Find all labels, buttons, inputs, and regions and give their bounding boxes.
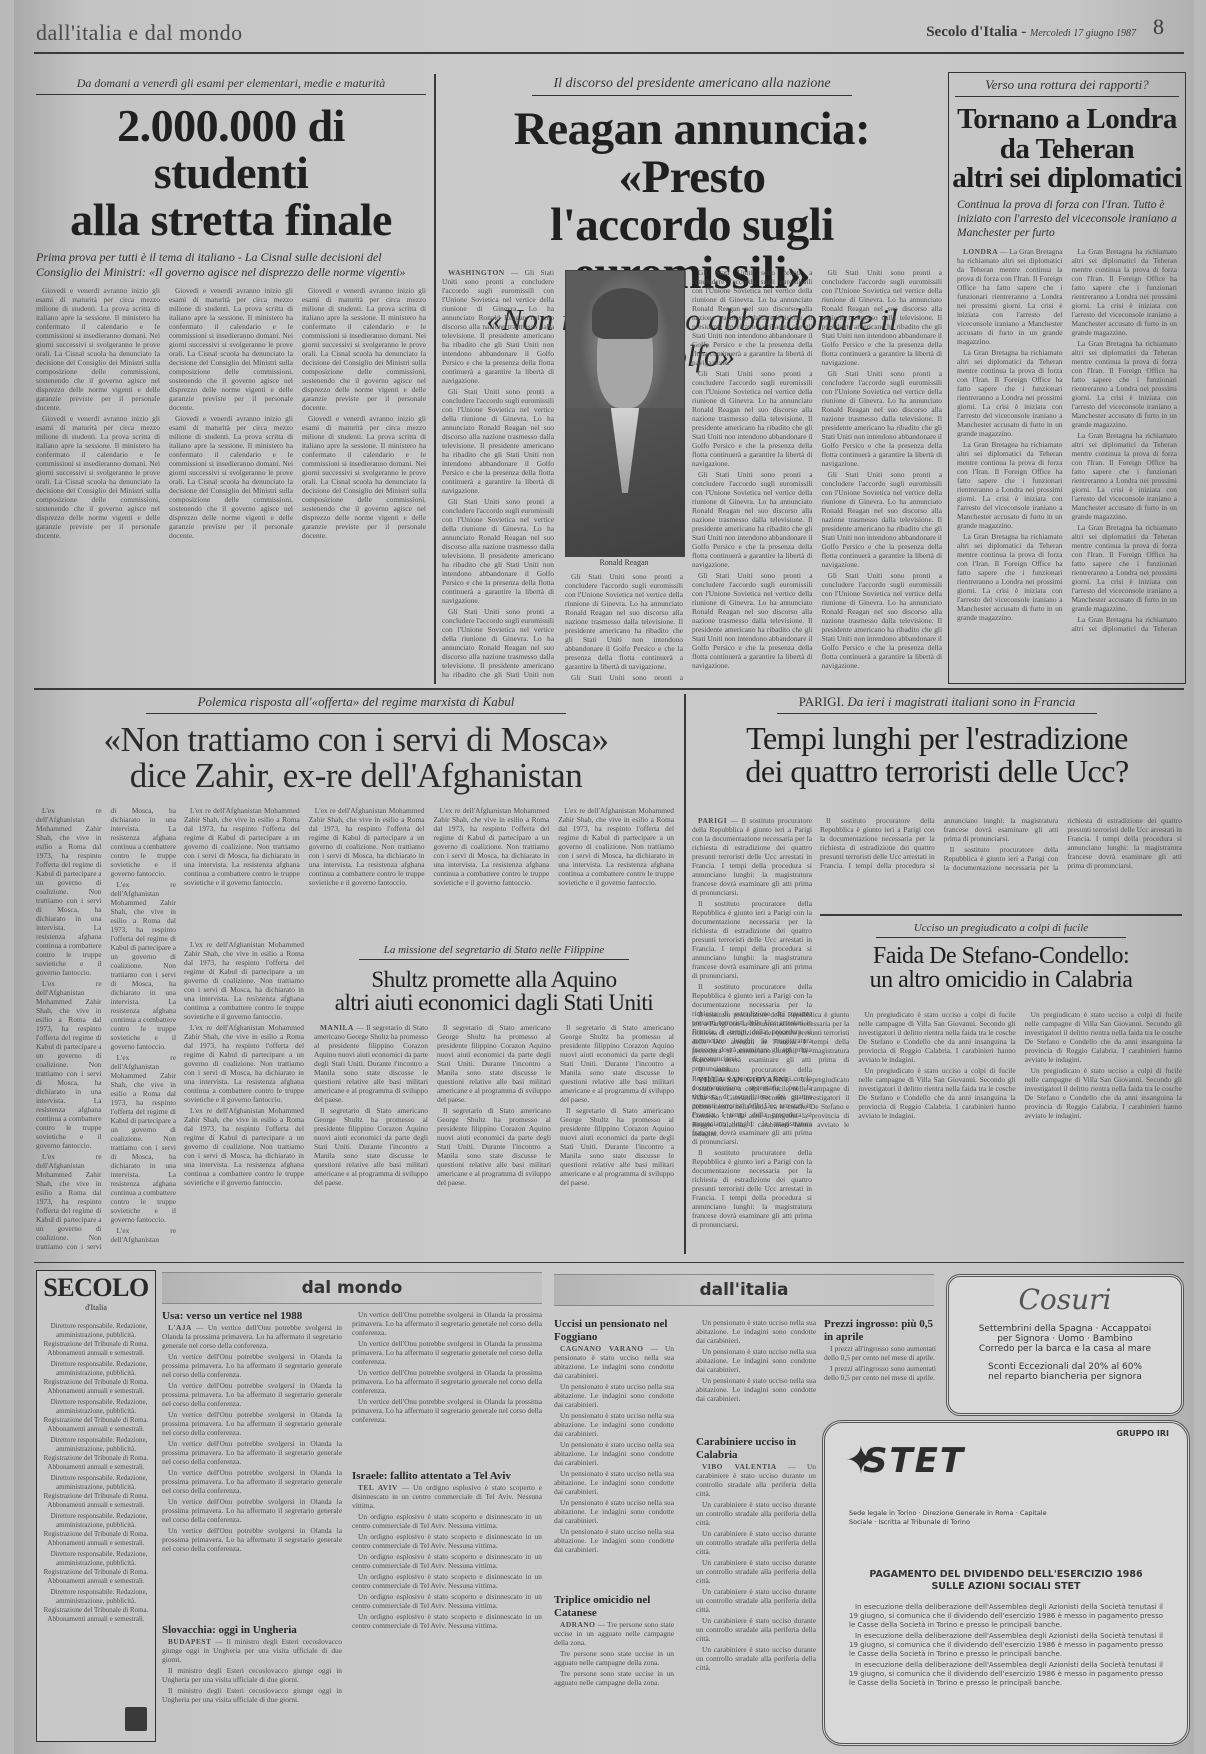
masthead: Secolo d'Italia - Mercoledì 17 giugno 19…	[926, 24, 1136, 41]
kicker: Polemica risposta all'«offerta» del regi…	[146, 694, 566, 714]
brief-item[interactable]: Triplice omicidio nel Catanese ADRANO — …	[554, 1594, 674, 1720]
article-zahir[interactable]: Polemica risposta all'«offerta» del regi…	[36, 694, 676, 793]
kicker: PARIGI. Da ieri i magistrati italiani so…	[777, 694, 1097, 714]
reagan-body-col1: WASHINGTON — Gli Stati Uniti sono pronti…	[442, 268, 554, 680]
brief-item[interactable]: Slovacchia: oggi in Ungheria BUDAPEST — …	[162, 1624, 342, 1727]
brief-item[interactable]: Uccisi un pensionato nel Foggiano CAGNAN…	[554, 1318, 674, 1634]
secolo-info-box: SECOLO d'Italia Direttore responsabile. …	[36, 1270, 156, 1742]
reagan-photo	[565, 270, 685, 557]
section-dall-italia: dall'italia	[554, 1274, 934, 1306]
headline-line2: dice Zahir, ex-re dell'Afghanistan	[36, 758, 676, 794]
brief-item[interactable]: Carabiniere ucciso in Calabria VIBO VALE…	[696, 1436, 816, 1712]
kicker: Da domani a venerdì gli esami per elemen…	[36, 76, 426, 95]
brief-title: Uccisi un pensionato nel Foggiano	[554, 1318, 674, 1344]
brief-body: CAGNANO VARANO — Un pensionato è stato u…	[554, 1344, 674, 1634]
ad-stet[interactable]: GRUPPO IRI ✦ STET Sede legale in Torino …	[822, 1420, 1190, 1746]
deck: Prima prova per tutti è il tema di itali…	[36, 250, 426, 280]
brief-continuation: Un vertice dell'Onu potrebbe svolgersi i…	[352, 1310, 542, 1462]
article-londra[interactable]: Verso una rottura dei rapporti? Tornano …	[948, 72, 1186, 684]
section-rule	[34, 1262, 1184, 1263]
article-body: MANILA — Il segretario di Stato american…	[314, 1023, 674, 1231]
brief-body: ADRANO — Tre persone sono state uccise i…	[554, 1620, 674, 1720]
brief-title: Usa: verso un vertice nel 1988	[162, 1310, 342, 1323]
headline-line1: Faida De Stefano-Condello:	[820, 944, 1182, 968]
ad-body: In esecuzione della deliberazione dell'A…	[849, 1603, 1163, 1723]
zahir-body-top: L'ex re dell'Afghanistan Mohammed Zahir …	[184, 806, 674, 934]
issue-date: Mercoledì 17 giugno 1987	[1030, 28, 1136, 39]
article-studenti[interactable]: Da domani a venerdì gli esami per elemen…	[36, 76, 426, 686]
section-rule	[820, 914, 1182, 916]
brief-item[interactable]: Israele: fallito attentato a Tel Aviv TE…	[352, 1470, 542, 1723]
group-label: GRUPPO IRI	[1116, 1429, 1169, 1438]
brief-body: L'AJA — Un vertice dell'Onu potrebbe svo…	[162, 1323, 342, 1623]
dateline: VILLA SAN GIOVANNI	[698, 1075, 788, 1084]
dateline: LONDRA	[963, 247, 998, 256]
estradizione-body-cols: Il sostituto procuratore della Repubblic…	[820, 816, 1182, 906]
headline-line1: Reagan annuncia: «Presto	[442, 106, 942, 202]
brief-item[interactable]: Prezzi ingrosso: più 0,5 in aprile I pre…	[824, 1318, 936, 1404]
article-estradizione[interactable]: PARIGI. Da ieri i magistrati italiani so…	[692, 694, 1182, 787]
brief-body: VIBO VALENTIA — Un carabiniere è stato u…	[696, 1462, 816, 1712]
photo-caption: Ronald Reagan	[565, 558, 683, 567]
column-divider	[434, 74, 436, 684]
deck: Continua la prova di forza con l'Iran. T…	[957, 198, 1177, 241]
section-rule	[34, 688, 1184, 690]
brief-body: BUDAPEST — Il ministro degli Esteri ceco…	[162, 1637, 342, 1727]
ad-brand-logo: Cosuri	[949, 1283, 1181, 1316]
running-head: dall'italia e dal mondo	[36, 20, 243, 46]
zahir-body-col2: L'ex re dell'Afghanistan Mohammed Zahir …	[184, 940, 304, 1250]
headline-line1: 2.000.000 di studenti	[36, 103, 426, 197]
reagan-body-col2: Gli Stati Uniti sono pronti a concludere…	[565, 572, 683, 680]
headline-line3: altri sei diplomatici	[949, 164, 1185, 194]
brief-title: Prezzi ingrosso: più 0,5 in aprile	[824, 1318, 936, 1344]
brief-continuation: Un pensionato è stato ucciso nella sua a…	[696, 1318, 816, 1428]
article-shultz[interactable]: La missione del segretario di Stato nell…	[314, 944, 674, 1231]
newspaper-name: Secolo d'Italia	[926, 24, 1017, 40]
headline-line1: Shultz promette alla Aquino	[314, 968, 674, 991]
secolo-sub: d'Italia	[37, 1303, 155, 1312]
headline-line1: Tornano a Londra	[949, 105, 1185, 135]
headline-line2: altri aiuti economici dagli Stati Uniti	[314, 991, 674, 1014]
kicker: La missione del segretario di Stato nell…	[359, 944, 629, 960]
ad-title-line1: PAGAMENTO DEL DIVIDENDO DELL'ESERCIZIO 1…	[825, 1569, 1187, 1580]
dateline: PARIGI	[698, 816, 727, 825]
zahir-body-left: L'ex re dell'Afghanistan Mohammed Zahir …	[36, 806, 176, 1251]
article-faida[interactable]: Ucciso un pregiudicato a colpi di fucile…	[820, 922, 1182, 993]
secolo-logo: SECOLO	[37, 1273, 155, 1303]
headline-line2: alla stretta finale	[36, 197, 426, 244]
company-info: Sede legale in Torino · Direzione Genera…	[849, 1509, 1049, 1527]
stet-logo: STET	[863, 1441, 965, 1481]
article-body: Giovedì e venerdì avranno inizio gli esa…	[36, 286, 426, 686]
faida-body: Il sostituto procuratore della Repubblic…	[692, 1010, 1182, 1250]
headline-line2: da Teheran	[949, 135, 1185, 165]
section-dal-mondo: dal mondo	[162, 1272, 542, 1304]
kicker: Ucciso un pregiudicato a colpi di fucile	[876, 922, 1126, 938]
ad-cosuri[interactable]: Cosuri Settembrini della Spagna · Accapp…	[946, 1274, 1184, 1416]
dateline: WASHINGTON	[448, 268, 505, 277]
brief-body: I prezzi all'ingrosso sono aumentati del…	[824, 1344, 936, 1404]
ad-title-line2: SULLE AZIONI SOCIALI STET	[825, 1581, 1187, 1592]
brief-item[interactable]: Usa: verso un vertice nel 1988 L'AJA — U…	[162, 1310, 342, 1623]
article-body: LONDRA — La Gran Bretagna ha richiamato …	[957, 247, 1177, 637]
dateline: MANILA	[320, 1023, 354, 1032]
column-divider	[684, 694, 686, 1254]
newspaper-page: dall'italia e dal mondo Secolo d'Italia …	[14, 0, 1194, 1754]
brief-title: Triplice omicidio nel Catanese	[554, 1594, 674, 1620]
brief-title: Carabiniere ucciso in Calabria	[696, 1436, 816, 1462]
kicker: Verso una rottura dei rapporti?	[955, 77, 1179, 97]
brief-title: Slovacchia: oggi in Ungheria	[162, 1624, 342, 1637]
header-rule	[34, 52, 1184, 54]
secolo-info-text: Direttore responsabile. Redazione, ammin…	[43, 1322, 149, 1722]
reagan-body-col3: Gli Stati Uniti sono pronti a concludere…	[692, 268, 942, 680]
headline-line1: «Non trattiamo con i servi di Mosca»	[36, 722, 676, 758]
book-icon	[125, 1707, 147, 1731]
brief-title: Israele: fallito attentato a Tel Aviv	[352, 1470, 542, 1483]
brief-body: TEL AVIV — Un ordigno esplosivo è stato …	[352, 1483, 542, 1723]
headline-line2: dei quattro terroristi delle Ucc?	[692, 755, 1182, 788]
headline-line2: un altro omicidio in Calabria	[820, 968, 1182, 992]
kicker: Il discorso del presidente americano all…	[532, 76, 852, 96]
page-number: 8	[1153, 14, 1164, 40]
kicker-label: PARIGI.	[799, 694, 844, 709]
headline-line1: Tempi lunghi per l'estradizione	[692, 722, 1182, 755]
